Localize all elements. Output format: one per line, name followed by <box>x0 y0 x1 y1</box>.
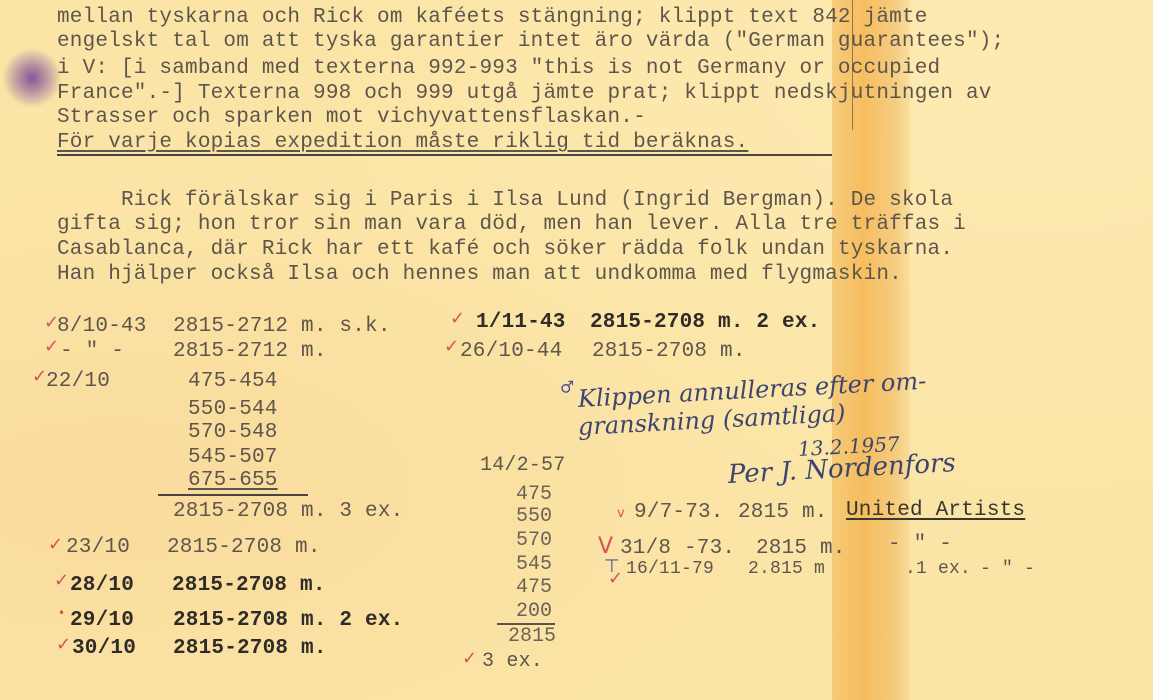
entry-date: 26/10-44 <box>460 340 562 364</box>
sum-date: 14/2-57 <box>480 454 565 478</box>
entry-text: 2815-2712 m. s.k. <box>173 315 391 339</box>
top-line-4: France".-] Texterna 998 och 999 utgå jäm… <box>57 82 992 106</box>
entry-text: 2815-2708 m. <box>167 536 321 560</box>
pen-mark-icon: ♂ <box>560 377 575 397</box>
entry-date: 8/10-43 <box>57 315 147 339</box>
entry-date: 23/10 <box>66 536 130 560</box>
top-line-3: i V: [i samband med texterna 992-993 "th… <box>57 57 940 81</box>
entry-text: 550-544 <box>188 398 278 422</box>
underline-rule <box>57 154 832 156</box>
entry-text: 2815-2708 m. <box>592 340 746 364</box>
sum-value: 550 <box>482 505 552 529</box>
synopsis-line-2: gifta sig; hon tror sin man vara död, me… <box>57 213 966 237</box>
check-mark-icon: • <box>58 606 65 620</box>
synopsis-line-3: Casablanca, där Rick har ett kafé och sö… <box>57 238 953 262</box>
entry-text: 2815-2708 m. 2 ex. <box>590 311 820 335</box>
top-line-1: mellan tyskarna och Rick om kaféets stän… <box>57 6 928 30</box>
check-mark-icon: ✓ <box>462 648 477 669</box>
check-mark-icon: ✓ <box>32 366 47 387</box>
distributor-label: United Artists <box>846 499 1025 523</box>
sum-total: 2815 <box>486 625 556 649</box>
synopsis-line-1: Rick förälskar sig i Paris i Ilsa Lund (… <box>57 189 953 213</box>
entry-date: 9/7-73. <box>634 501 724 525</box>
entry-text: 475-454 <box>188 370 278 394</box>
distributor-ditto: - " - <box>888 533 952 557</box>
sum-value: 475 <box>482 483 552 507</box>
check-mark-icon: ✓ <box>608 568 623 589</box>
entry-text: 545-507 <box>188 446 278 470</box>
check-mark-icon: ✓ <box>56 634 71 655</box>
entry-text: 570-548 <box>188 421 278 445</box>
check-mark-icon: ✓ <box>44 336 59 357</box>
sum-value: 475 <box>482 576 552 600</box>
entry-date: 22/10 <box>46 370 110 394</box>
entry-date: 16/11-79 <box>626 557 714 581</box>
entry-copies: .1 ex. <box>905 557 971 581</box>
sum-rule <box>158 494 308 496</box>
sum-value: 570 <box>482 529 552 553</box>
sum-value: 545 <box>482 553 552 577</box>
entry-date: 30/10 <box>72 637 136 661</box>
entry-date: - " - <box>60 340 124 364</box>
check-mark-icon: ✓ <box>48 534 63 555</box>
check-mark-icon: ✓ <box>54 570 69 591</box>
synopsis-line-4: Han hjälper också Ilsa och hennes man at… <box>57 263 902 287</box>
entry-text: 675-655 <box>188 469 278 493</box>
ink-stamp-smudge <box>2 48 62 108</box>
entry-date: 28/10 <box>70 574 134 598</box>
top-line-5: Strasser och sparken mot vichyvattensfla… <box>57 106 646 130</box>
check-mark-icon: v <box>617 506 625 521</box>
entry-text: 2815-2708 m. <box>172 574 326 598</box>
entry-text: 2.815 m <box>748 557 825 581</box>
entry-text: 2815 m. <box>738 501 828 525</box>
entry-text: 2815-2708 m. 2 ex. <box>173 609 403 633</box>
top-line-6-underlined: För varje kopias expedition måste riklig… <box>57 131 748 155</box>
entry-text: 2815-2708 m. 3 ex. <box>173 500 403 524</box>
distributor-ditto: - " - <box>980 557 1035 581</box>
sum-copies: 3 ex. <box>482 650 543 674</box>
entry-date: 29/10 <box>70 609 134 633</box>
top-line-2: engelskt tal om att tyska garantier inte… <box>57 30 1004 54</box>
check-mark-icon: ✓ <box>450 308 465 329</box>
entry-date: 1/11-43 <box>476 311 566 335</box>
entry-text: 2815-2712 m. <box>173 340 327 364</box>
entry-text: 2815-2708 m. <box>173 637 327 661</box>
sum-value: 200 <box>482 600 552 624</box>
check-mark-icon: ✓ <box>444 336 459 357</box>
